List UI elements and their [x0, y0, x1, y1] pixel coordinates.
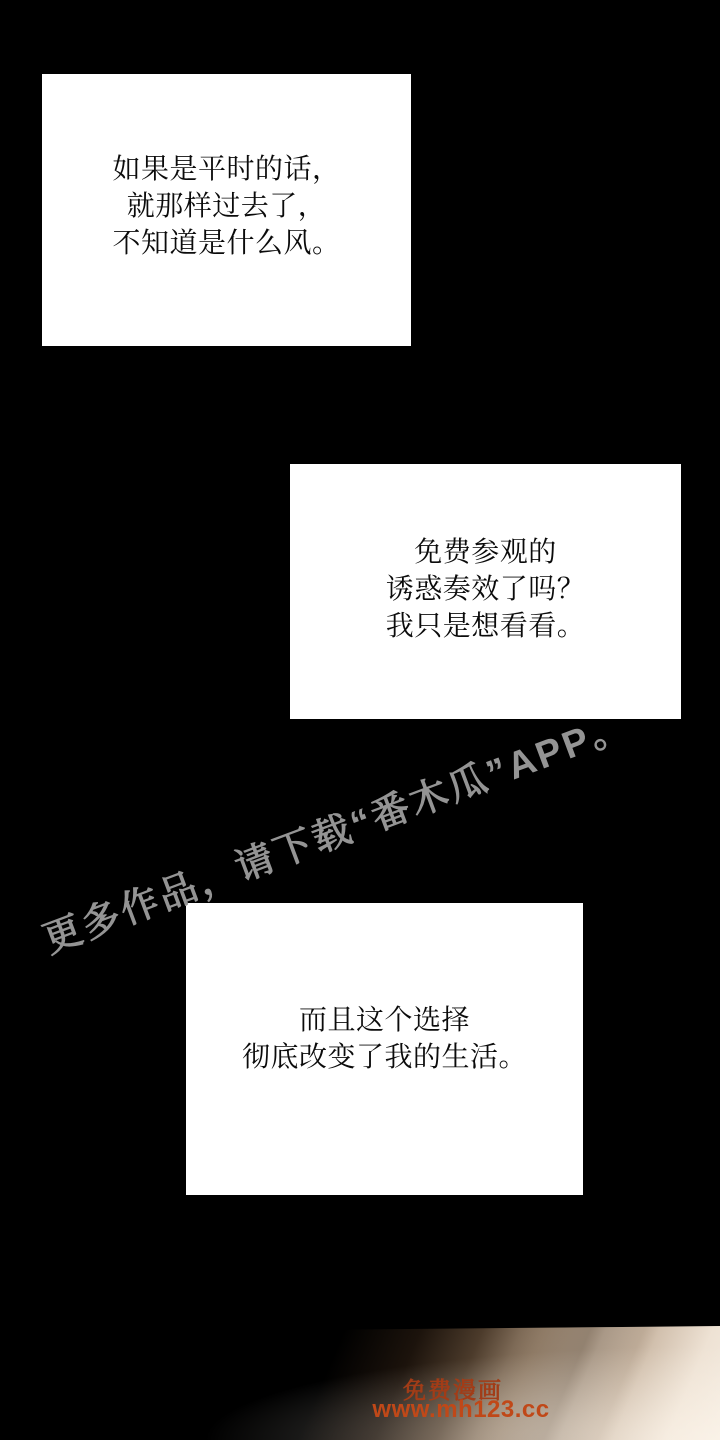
caption-line: 就那样过去了，: [127, 187, 327, 224]
caption-line: 彻底改变了我的生活。: [242, 1038, 527, 1075]
caption-line: 而且这个选择: [299, 1001, 470, 1038]
caption-panel-3: 而且这个选择 彻底改变了我的生活。: [186, 903, 583, 1195]
caption-line: 免费参观的: [414, 533, 557, 570]
caption-line: 我只是想看看。: [386, 607, 586, 644]
comic-page-background: 如果是平时的话， 就那样过去了， 不知道是什么风。 免费参观的 诱惑奏效了吗？ …: [0, 0, 720, 1440]
caption-panel-2: 免费参观的 诱惑奏效了吗？ 我只是想看看。: [290, 464, 681, 719]
caption-panel-1: 如果是平时的话， 就那样过去了， 不知道是什么风。: [42, 74, 411, 346]
caption-line: 如果是平时的话，: [112, 150, 340, 187]
caption-line: 不知道是什么风。: [112, 224, 340, 261]
site-url-watermark: www.mh123.cc: [372, 1396, 549, 1424]
caption-line: 诱惑奏效了吗？: [386, 570, 586, 607]
bottom-photo-strip: [0, 1326, 720, 1440]
